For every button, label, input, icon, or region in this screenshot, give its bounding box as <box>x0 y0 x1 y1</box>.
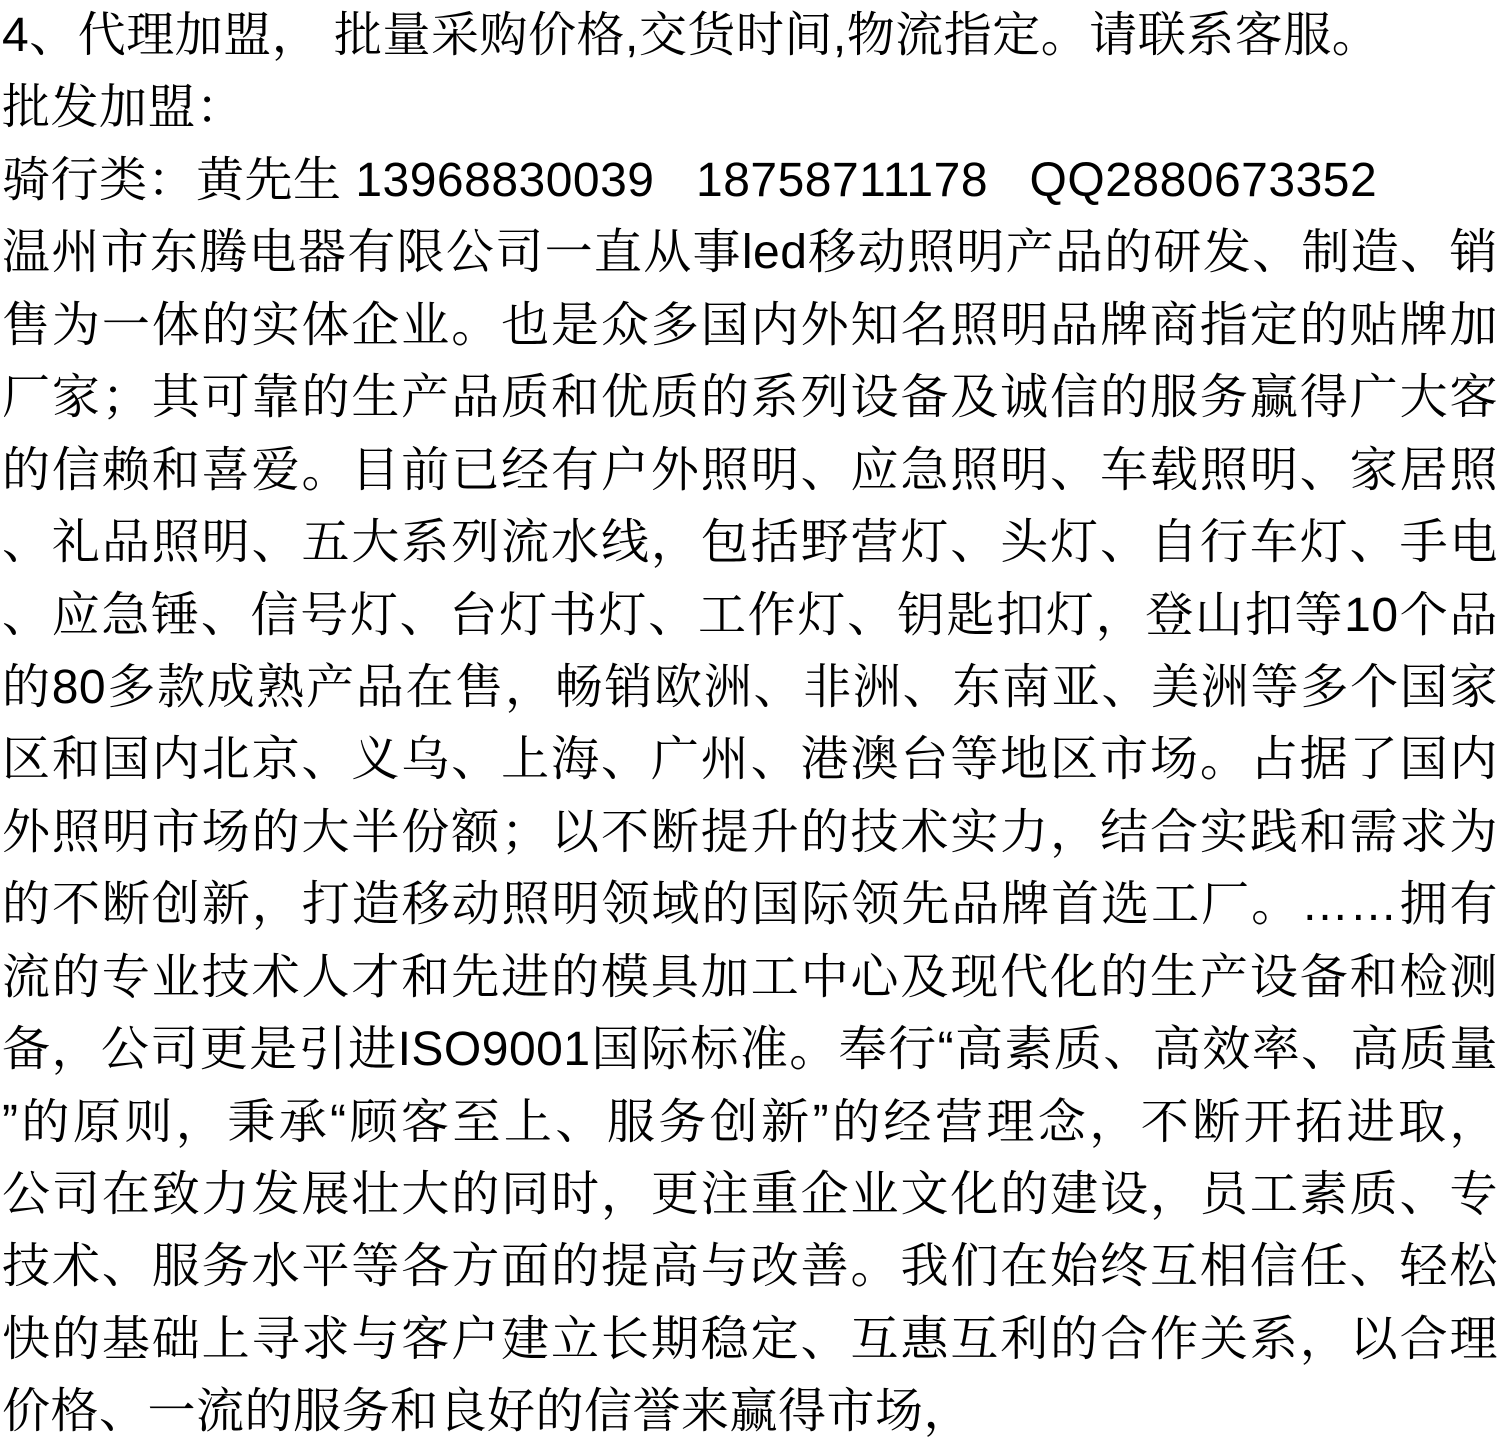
text-line: 公司在致力发展壮大的同时，更注重企业文化的建设，员工素质、专业 <box>2 1159 1498 1231</box>
text-line: 4、代理加盟， 批量采购价格,交货时间,物流指定。请联系客服。 <box>2 0 1500 72</box>
text-line: 价格、一流的服务和良好的信誉来赢得市场， <box>2 1376 1500 1448</box>
text-line: 备，公司更是引进ISO9001国际标准。奉行“高素质、高效率、高质量 <box>2 1014 1498 1086</box>
text-line: 骑行类：黄先生 13968830039 18758711178 QQ288067… <box>2 145 1500 217</box>
text-line: 温州市东腾电器有限公司一直从事led移动照明产品的研发、制造、销 <box>2 217 1498 289</box>
text-line: 的80多款成熟产品在售，畅销欧洲、非洲、东南亚、美洲等多个国家地 <box>2 652 1498 724</box>
text-line: 批发加盟： <box>2 72 1500 144</box>
company-description-text: 4、代理加盟， 批量采购价格,交货时间,物流指定。请联系客服。批发加盟：骑行类：… <box>0 0 1500 1449</box>
text-line: 、应急锤、信号灯、台灯书灯、工作灯、钥匙扣灯，登山扣等10个品类 <box>2 580 1498 652</box>
text-line: 、礼品照明、五大系列流水线，包括野营灯、头灯、自行车灯、手电筒 <box>2 507 1498 579</box>
text-line: 技术、服务水平等各方面的提高与改善。我们在始终互相信任、轻松愉 <box>2 1231 1498 1303</box>
text-line: 的信赖和喜爱。目前已经有户外照明、应急照明、车载照明、家居照明 <box>2 435 1498 507</box>
text-line: ”的原则，秉承“顾客至上、服务创新”的经营理念，不断开拓进取， <box>2 1087 1498 1159</box>
text-line: 厂家；其可靠的生产品质和优质的系列设备及诚信的服务赢得广大客户 <box>2 362 1498 434</box>
text-lines-container: 4、代理加盟， 批量采购价格,交货时间,物流指定。请联系客服。批发加盟：骑行类：… <box>2 0 1500 1449</box>
text-line: 外照明市场的大半份额；以不断提升的技术实力，结合实践和需求为本 <box>2 797 1498 869</box>
text-line: 区和国内北京、义乌、上海、广州、港澳台等地区市场。占据了国内户 <box>2 724 1498 796</box>
text-line: 流的专业技术人才和先进的模具加工中心及现代化的生产设备和检测设 <box>2 942 1498 1014</box>
text-line: 售为一体的实体企业。也是众多国内外知名照明品牌商指定的贴牌加工 <box>2 290 1498 362</box>
text-line: 快的基础上寻求与客户建立长期稳定、互惠互利的合作关系，以合理的 <box>2 1304 1498 1376</box>
text-line: 的不断创新，打造移动照明领域的国际领先品牌首选工厂。……拥有一 <box>2 869 1498 941</box>
